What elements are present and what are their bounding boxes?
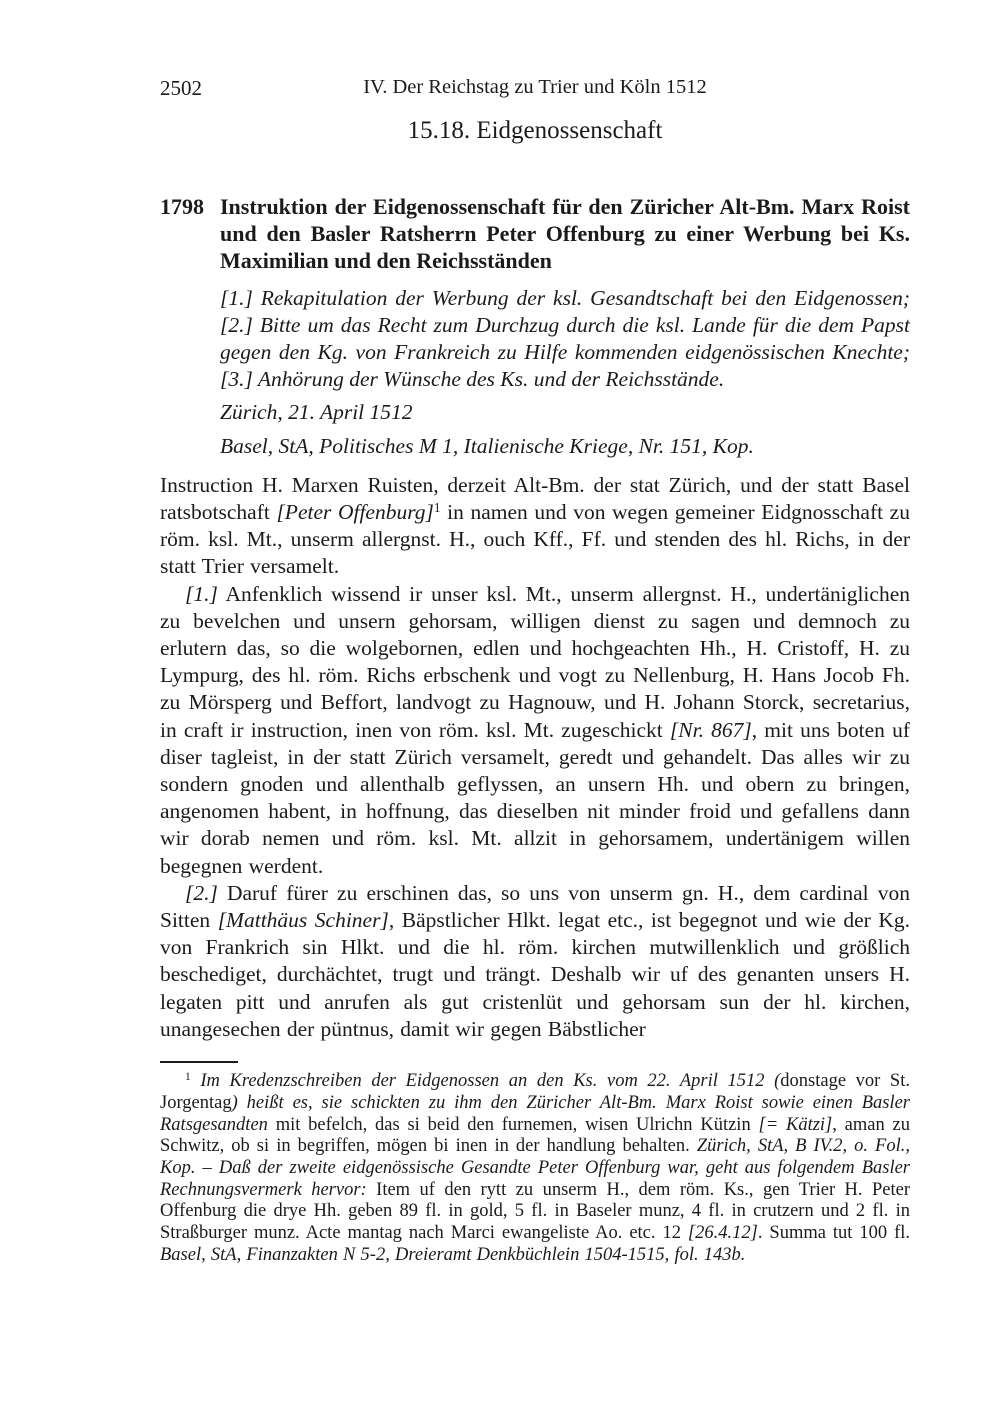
document-page: 2502 IV. Der Reichstag zu Trier und Köln… [0,0,1004,1418]
text-block: 2502 IV. Der Reichstag zu Trier und Köln… [160,0,910,1266]
entry-title: Instruktion der Eidgenossenschaft für de… [220,194,910,273]
text-run: mit befelch, das si beid den furnemen, w… [276,1115,759,1135]
text-run: [26.4.12] [688,1223,758,1243]
footnote-marker: 1 [434,500,441,515]
text-run: Basel, StA, Finanzakten N 5-2, Dreieramt… [160,1245,745,1265]
text-run: [Nr. 867] [670,718,752,742]
footnote-marker: 1 [185,1071,191,1083]
text-run: [2.] [185,881,218,905]
entry-summary: [1.] Rekapitulation der Werbung der ksl.… [220,285,910,394]
main-text: Instruction H. Marxen Ruisten, derzeit A… [160,472,910,1043]
body-paragraph: [2.] Daruf fürer zu erschinen das, so un… [160,880,910,1043]
footnote-rule [160,1061,238,1063]
entry-source: Basel, StA, Politisches M 1, Italienisch… [220,433,910,460]
body-paragraph: Instruction H. Marxen Ruisten, derzeit A… [160,472,910,581]
section-heading: 15.18. Eidgenossenschaft [160,116,910,146]
text-run: [Matthäus Schiner] [218,908,389,932]
page-header: 2502 IV. Der Reichstag zu Trier und Köln… [160,76,910,103]
running-header: IV. Der Reichstag zu Trier und Köln 1512 [160,76,910,99]
text-run: . Summa tut 100 fl. [758,1223,910,1243]
footnote-text: 1 Im Kredenzschreiben der Eidgenossen an… [160,1071,910,1266]
entry: 1798 Instruktion der Eidgenossenschaft f… [160,193,910,460]
body-paragraph: [1.] Anfenklich wissend ir unser ksl. Mt… [160,581,910,880]
entry-head: 1798 Instruktion der Eidgenossenschaft f… [160,193,910,275]
entry-place-date: Zürich, 21. April 1512 [220,399,910,426]
text-run: [1.] [185,582,218,606]
text-run: Im Kredenzschreiben der Eidgenossen an d… [191,1071,781,1091]
page-number: 2502 [160,76,202,101]
entry-number: 1798 [160,193,204,220]
text-run: [= Kätzi] [759,1115,833,1135]
text-run: [Peter Offenburg] [276,500,433,524]
